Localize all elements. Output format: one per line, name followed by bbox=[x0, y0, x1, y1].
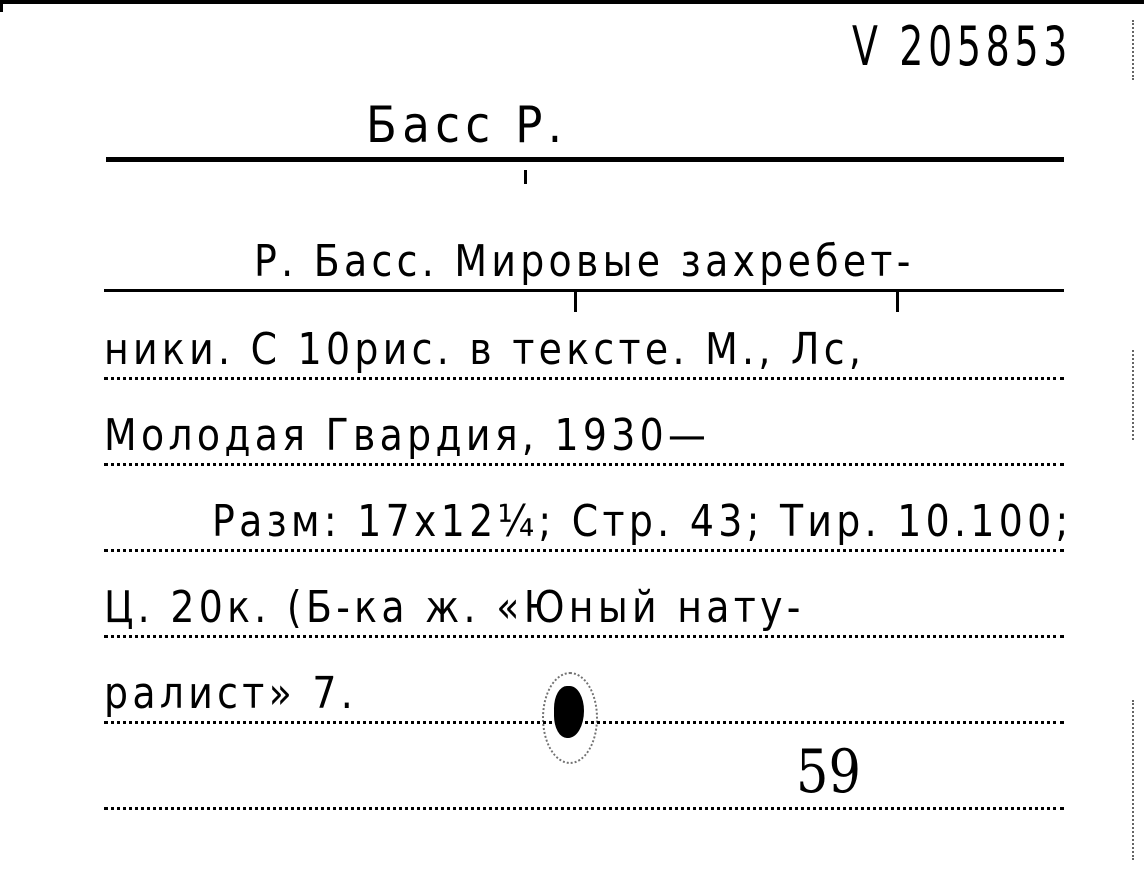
descender-mark bbox=[896, 290, 899, 312]
entry-text: Молодая Гвардия, 1930— bbox=[104, 414, 710, 458]
entry-line: Молодая Гвардия, 1930— bbox=[104, 396, 1064, 466]
entry-rule bbox=[104, 463, 1064, 466]
card-heading-author: Басс Р. bbox=[366, 100, 567, 150]
entry-line: Ц. 20к. (Б-ка ж. «Юный нату- bbox=[104, 568, 1064, 638]
punch-mark bbox=[524, 170, 527, 184]
scan-edge-noise bbox=[1132, 350, 1138, 440]
entry-line: ники. С 10рис. в тексте. М., Лс, bbox=[104, 310, 1064, 380]
entry-text: Разм: 17х12¼; Стр. 43; Тир. 10.100; bbox=[212, 500, 1073, 544]
entry-rule bbox=[104, 377, 1064, 380]
scan-edge-noise bbox=[1132, 700, 1138, 860]
accession-number: V 205853 bbox=[852, 20, 1072, 74]
entry-line: Р. Басс. Мировые захребет- bbox=[104, 222, 1064, 292]
bottom-rule-line bbox=[104, 740, 1064, 810]
entry-rule bbox=[104, 635, 1064, 638]
entry-text: ралист» 7. bbox=[104, 672, 357, 716]
heading-rule bbox=[106, 157, 1064, 162]
scan-border-top bbox=[0, 0, 1144, 4]
entry-text: ники. С 10рис. в тексте. М., Лс, bbox=[104, 328, 865, 372]
scan-border-corner bbox=[0, 0, 3, 12]
entry-text: Ц. 20к. (Б-ка ж. «Юный нату- bbox=[104, 586, 805, 630]
descender-mark bbox=[574, 290, 577, 312]
entry-rule bbox=[104, 289, 1064, 292]
scan-edge-noise bbox=[1132, 20, 1138, 80]
entry-text: Р. Басс. Мировые захребет- bbox=[254, 240, 915, 284]
entry-rule bbox=[104, 807, 1064, 810]
entry-rule bbox=[104, 549, 1064, 552]
entry-line: Разм: 17х12¼; Стр. 43; Тир. 10.100; bbox=[104, 482, 1064, 552]
